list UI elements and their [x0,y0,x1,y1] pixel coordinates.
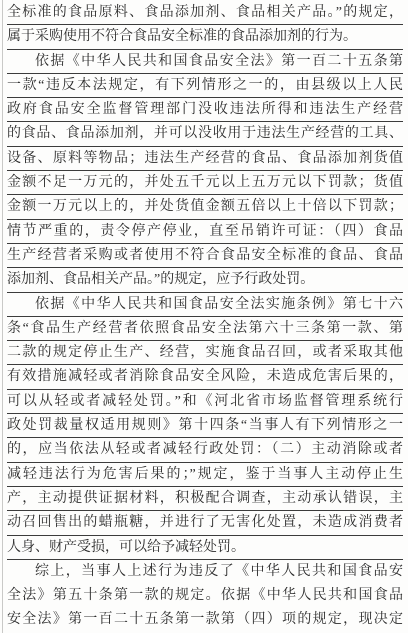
legal-document-page: 全标准的食品原料、食品添加剂、食品相关产品。”的规定，属于采购使用不符合食品安全… [0,0,408,633]
document-text-line: 综上，当事人上述行为违反了《中华人民共和国食品安 [7,560,403,584]
document-text-line: 的食品、食品添加剂，并可以没收用于违法生产经营的工具、 [7,122,403,146]
document-text-line: 金额一万元以上的，并处货值金额五倍以上十倍以下罚款； [7,195,403,219]
document-text-line: 依据《中华人民共和国食品安全法》第一百二十五条第 [7,50,403,74]
document-text-line: 全标准的食品原料、食品添加剂、食品相关产品。”的规定， [7,1,403,25]
document-text-line: 设备、原料等物品；违法生产经营的食品、食品添加剂货值 [7,147,403,171]
document-text-line: 金额不足一万元的，并处五千元以上五万元以下罚款；货值 [7,171,403,195]
document-text-line: 生产经营者采购或者使用不符合食品安全标准的食品、食品 [7,244,403,268]
document-text-line: 全法》第五十条第一款的规定。依据《中华人民共和国食品 [7,584,403,608]
document-text-line: 的，应当依法从轻或者减轻行政处罚：（二）主动消除或者 [7,438,403,462]
document-text-line: 情节严重的，责令停产停业，直至吊销许可证：（四）食品 [7,220,403,244]
document-text-line: 人身、财产受损，可以给予减轻处罚。 [7,536,403,560]
document-text-line: 减轻违法行为危害后果的；”规定，鉴于当事人主动停止生 [7,463,403,487]
document-text-line: 属于采购使用不符合食品安全标准的食品添加剂的行为。 [7,25,403,49]
document-text-line: 条“食品生产经营者依照食品安全法第六十三条第一款、第 [7,317,403,341]
document-text-line: 可以从轻或者减轻处罚。”和《河北省市场监督管理系统行 [7,390,403,414]
document-text-line: 产，主动提供证据材料，积极配合调查，主动承认错误，主 [7,487,403,511]
document-text-line: 有效措施减轻或者消除食品安全风险，未造成危害后果的， [7,365,403,389]
document-text-line: 动召回售出的蜡瓶糖，并进行了无害化处置，未造成消费者 [7,511,403,535]
document-text-line: 二款的规定停止生产、经营，实施食品召回，或者采取其他 [7,341,403,365]
document-text-line: 政处罚裁量权适用规则》第十四条“当事人有下列情形之一 [7,414,403,438]
document-text-line: 政府食品安全监督管理部门没收违法所得和违法生产经营 [7,98,403,122]
document-text-line: 安全法》第一百二十五条第一款第（四）项的规定，现决定 [7,608,403,632]
document-text-line: 添加剂、食品相关产品。”的规定，应予行政处罚。 [7,268,403,292]
document-text-line: 依据《中华人民共和国食品安全法实施条例》第七十六 [7,293,403,317]
scan-edge-artifact-line [2,0,3,633]
document-body: 全标准的食品原料、食品添加剂、食品相关产品。”的规定，属于采购使用不符合食品安全… [7,1,403,633]
document-text-line: 一款“违反本法规定，有下列情形之一的，由县级以上人民 [7,74,403,98]
